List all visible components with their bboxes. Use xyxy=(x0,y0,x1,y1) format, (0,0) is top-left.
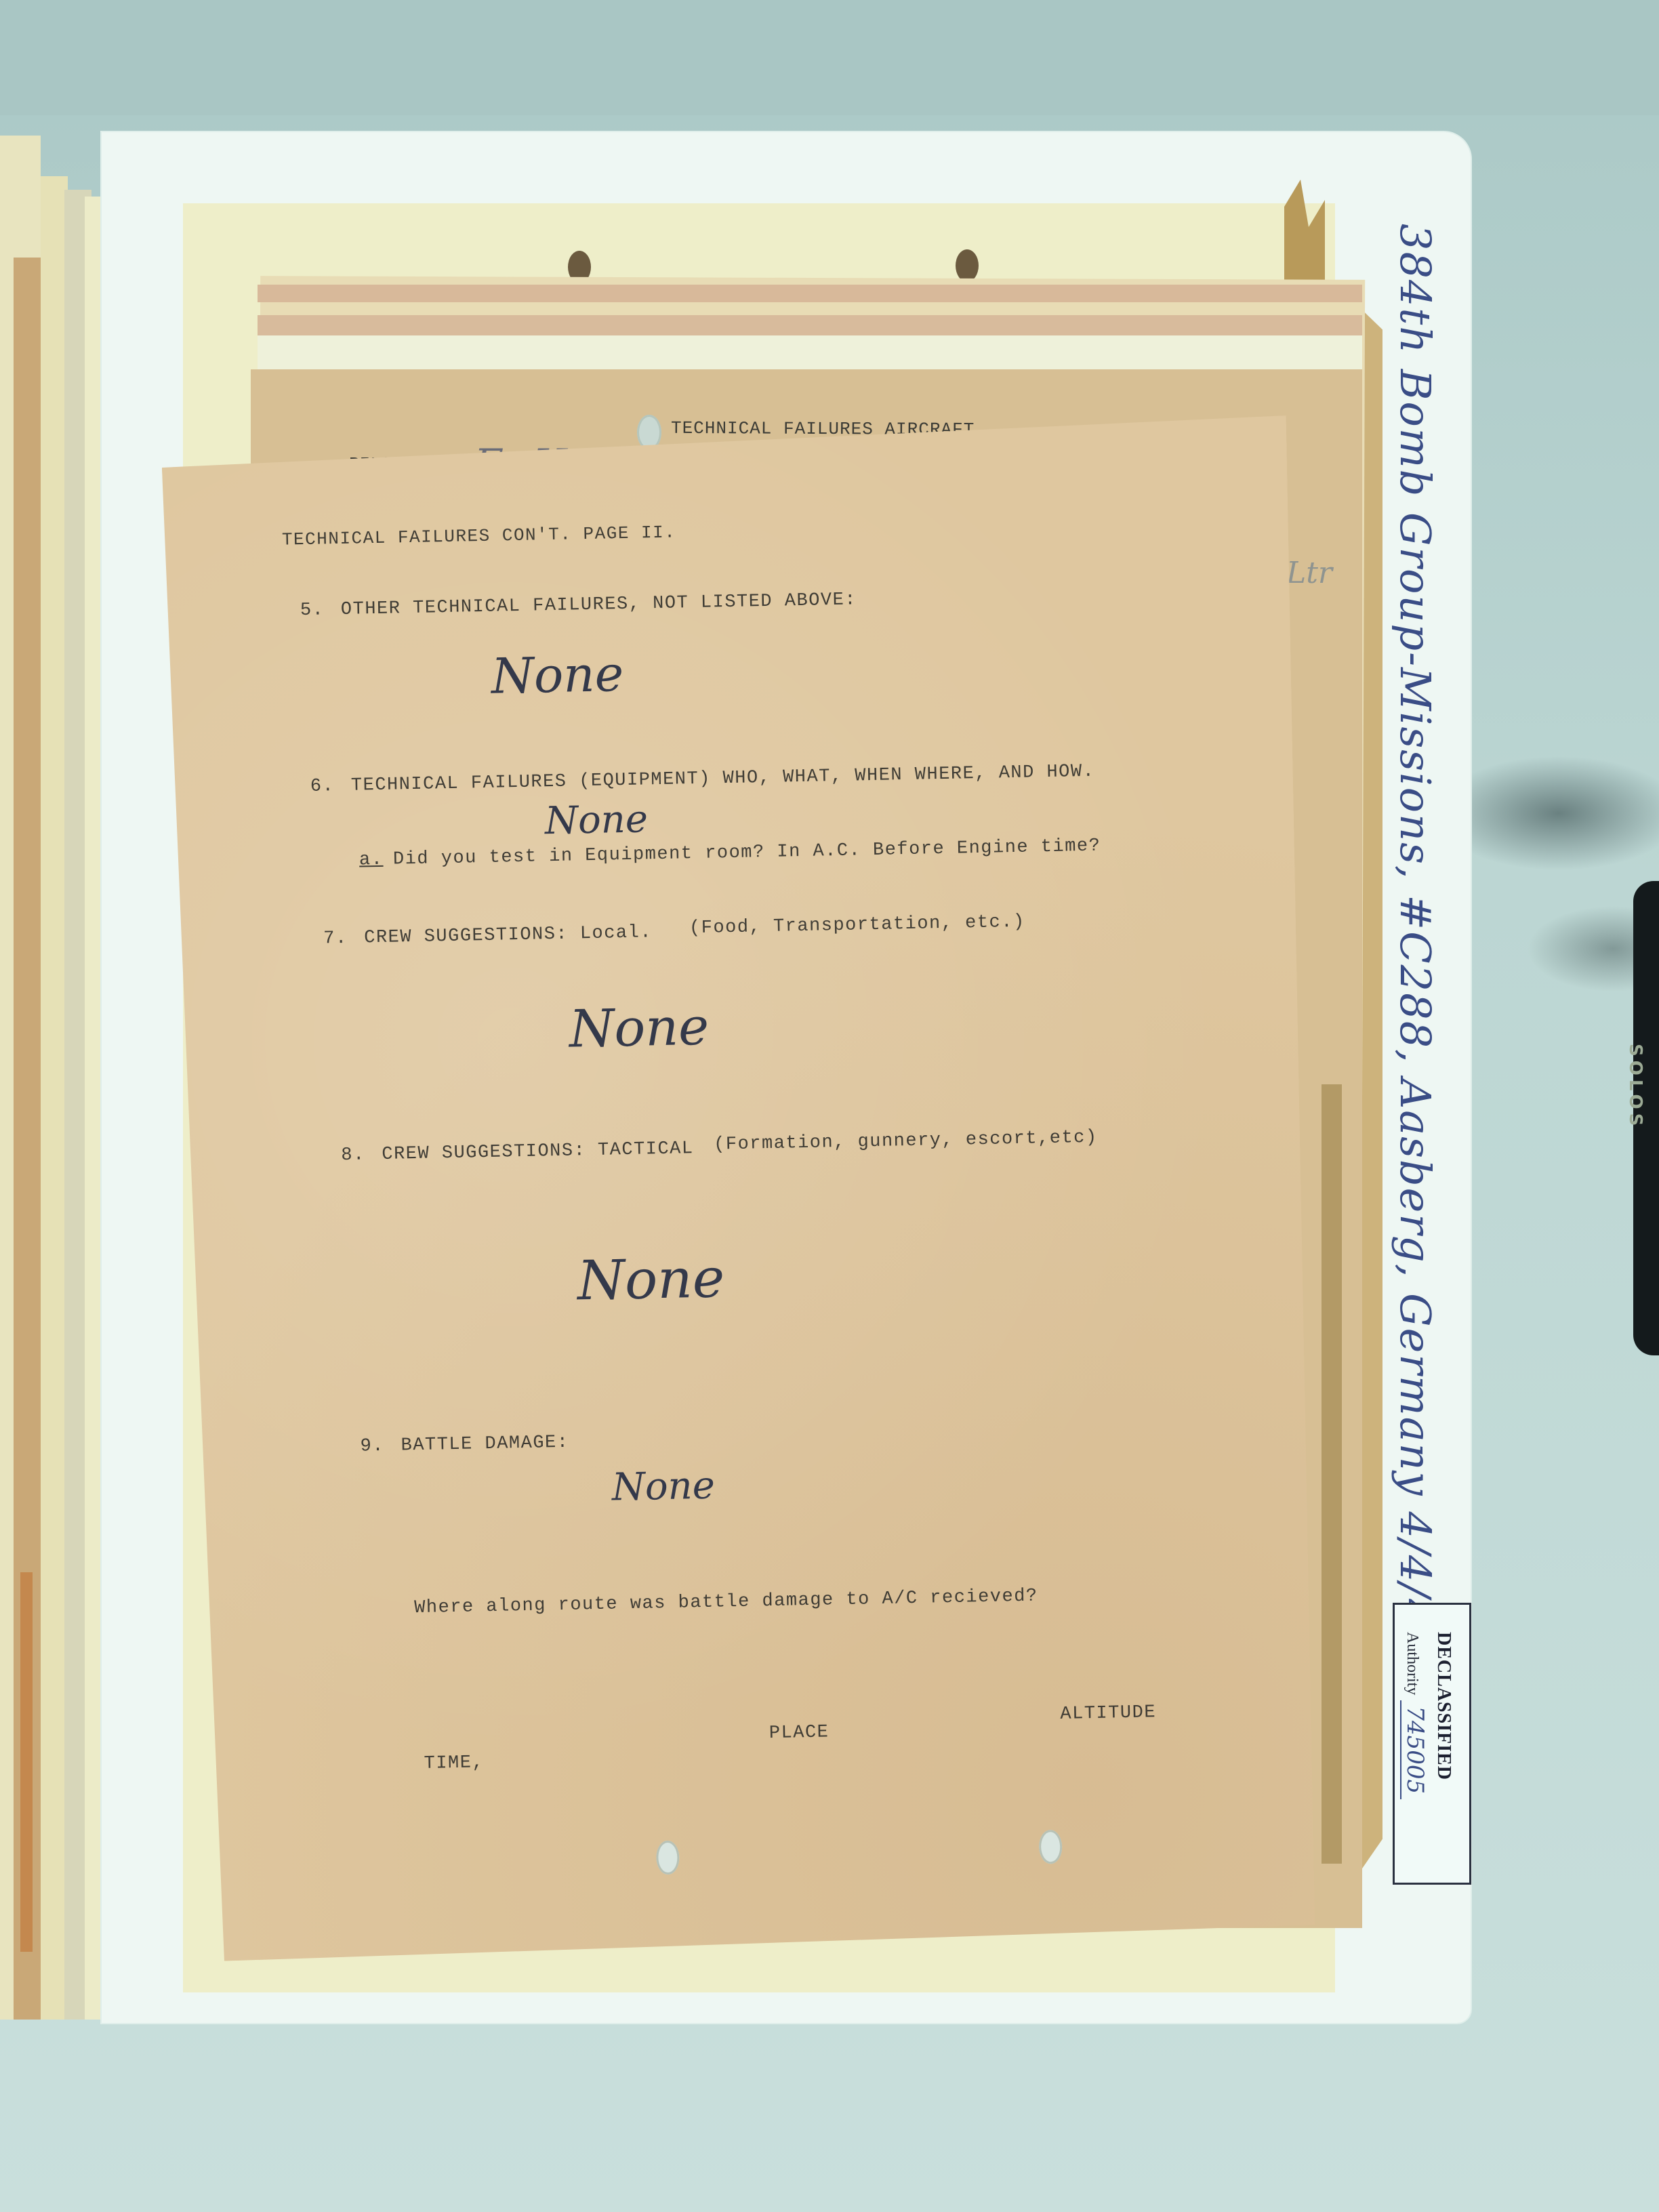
item-5-label: OTHER TECHNICAL FAILURES, NOT LISTED ABO… xyxy=(341,590,857,620)
punch-hole xyxy=(1039,1830,1063,1864)
paper-band xyxy=(258,335,1362,373)
declassified-title: DECLASSIFIED xyxy=(1433,1632,1454,1799)
column-place: PLACE xyxy=(769,1722,829,1744)
item-7-label: CREW SUGGESTIONS: Local. xyxy=(364,922,652,948)
authority-label: Authority xyxy=(1404,1632,1421,1695)
item-5-answer: None xyxy=(491,645,624,705)
folder-edge-orange xyxy=(20,1572,33,1952)
item-9-label: BATTLE DAMAGE: xyxy=(401,1433,569,1456)
column-altitude: ALTITUDE xyxy=(1060,1702,1156,1725)
form-header: TECHNICAL FAILURES CON'T. PAGE II. xyxy=(282,522,676,550)
item-7-hint: (Food, Transportation, etc.) xyxy=(689,912,1025,939)
authority-number: 745005 xyxy=(1400,1700,1429,1799)
item-5-number: 5. xyxy=(300,600,325,621)
punch-hole xyxy=(656,1841,680,1875)
item-8-hint: (Formation, gunnery, escort,etc) xyxy=(714,1128,1098,1155)
item-6a-letter: a. xyxy=(359,850,384,871)
folder-label-handwritten: 384th Bomb Group-Missions, #C288, Aasber… xyxy=(1391,224,1440,1655)
item-7-answer: None xyxy=(569,996,710,1059)
item-8-answer: None xyxy=(577,1246,725,1312)
stacked-page-edges xyxy=(1322,1084,1342,1864)
device-brand-label: SOLOS xyxy=(1625,1044,1645,1130)
item-7-number: 7. xyxy=(323,928,348,949)
form-page: TECHNICAL FAILURES CON'T. PAGE II. 5. OT… xyxy=(161,415,1315,1961)
pencil-note: Ltr xyxy=(1286,556,1332,590)
battle-damage-question: Where along route was battle damage to A… xyxy=(414,1586,1038,1618)
punch-hole xyxy=(956,249,979,282)
item-6-label: TECHNICAL FAILURES (EQUIPMENT) WHO, WHAT… xyxy=(351,762,1095,796)
declassified-stamp: DECLASSIFIED Authority745005 xyxy=(1393,1603,1471,1885)
item-8-label: CREW SUGGESTIONS: TACTICAL xyxy=(382,1139,694,1165)
item-9-number: 9. xyxy=(360,1436,384,1457)
folder-edge xyxy=(41,176,68,2020)
item-8-number: 8. xyxy=(341,1145,365,1166)
table-edge xyxy=(0,0,1659,115)
column-time: TIME, xyxy=(424,1753,484,1774)
item-6a-label: Did you test in Equipment room? In A.C. … xyxy=(393,836,1101,870)
paper-band xyxy=(258,285,1362,302)
authority-line: Authority745005 xyxy=(1401,1632,1429,1799)
item-6-answer: None xyxy=(544,797,648,843)
paper-band xyxy=(258,315,1362,335)
item-9-answer: None xyxy=(611,1464,715,1510)
item-6-number: 6. xyxy=(310,776,335,797)
